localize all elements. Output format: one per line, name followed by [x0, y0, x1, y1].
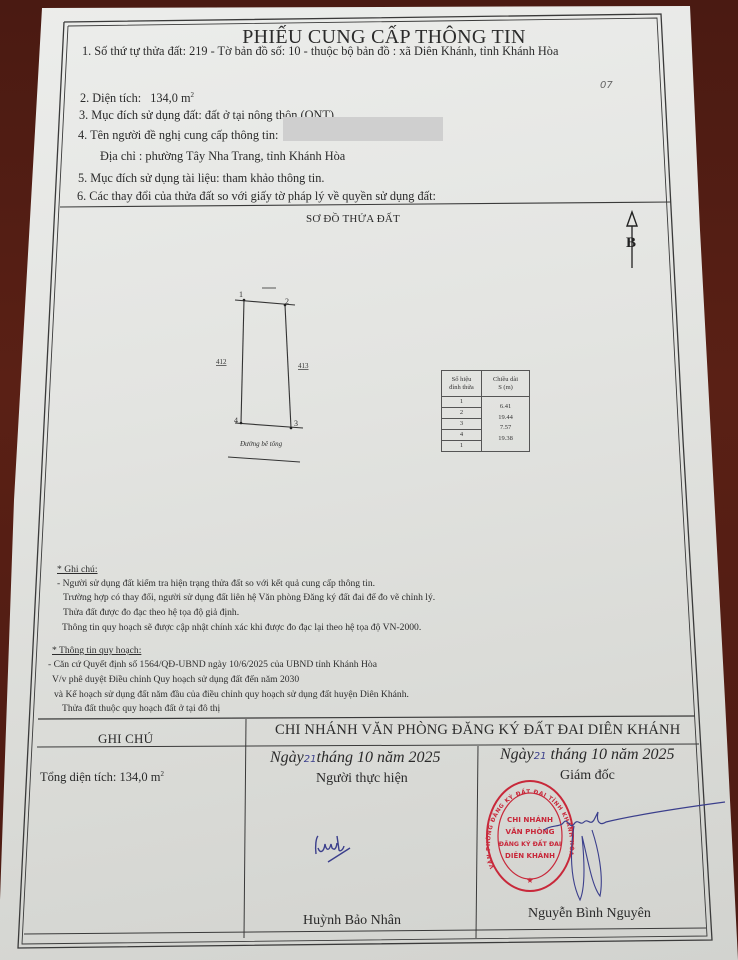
- vertex-3-label: 3: [294, 419, 298, 428]
- director-date: Ngày21 tháng 10 năm 2025: [500, 746, 675, 764]
- vertex-4-label: 4: [234, 416, 238, 425]
- neighbor-parcel-412: 412: [216, 358, 227, 366]
- table-vertex-cell: 3: [442, 419, 482, 430]
- table-vertex-cell: 1: [442, 441, 482, 452]
- performer-name: Huỳnh Bảo Nhân: [303, 913, 401, 929]
- performer-date-day-handwritten: 21: [304, 754, 317, 765]
- stamp-star-icon: ★: [526, 876, 533, 885]
- performer-date: Ngày21tháng 10 năm 2025: [270, 749, 441, 767]
- table-vertex-cell: 1: [442, 397, 482, 408]
- vertex-2-label: 2: [285, 297, 289, 306]
- length-values-cell: 6.41 19.44 7.57 19.38: [482, 397, 530, 452]
- notes-heading: * Ghi chú:: [57, 564, 98, 575]
- planning-line: V/v phê duyệt Điều chỉnh Quy hoạch sử dụ…: [52, 674, 299, 685]
- redacted-applicant-name: [283, 117, 443, 141]
- neighbor-parcel-413: 413: [298, 362, 309, 370]
- planning-heading: * Thông tin quy hoạch:: [52, 645, 141, 656]
- director-date-day-handwritten: 21: [534, 751, 547, 762]
- table-vertex-cell: 2: [442, 408, 482, 419]
- director-name: Nguyễn Bình Nguyên: [528, 906, 651, 922]
- director-signature: [540, 800, 730, 910]
- diagram-heading: SƠ ĐỒ THỬA ĐẤT: [306, 213, 400, 225]
- office-header: CHI NHÁNH VĂN PHÒNG ĐĂNG KÝ ĐẤT ĐAI DIÊN…: [275, 722, 680, 739]
- handwritten-corner-mark: 07: [600, 80, 613, 91]
- table-vertex-cell: 4: [442, 430, 482, 441]
- planning-line: và Kế hoạch sử dụng đất năm đầu của điều…: [54, 689, 409, 700]
- parcel-diagram: 1 2 3 4 412 413 Đường bê tông: [200, 280, 340, 470]
- length-col-header: Chiều dàiS (m): [482, 371, 530, 397]
- field-area: 2. Diện tích: 134,0 m2: [80, 91, 194, 106]
- notes-line: Thông tin quy hoạch sẽ được cập nhật chí…: [62, 622, 421, 633]
- vertex-length-table: Số hiệuđỉnh thửa Chiều dàiS (m) 1 6.41 1…: [441, 370, 530, 452]
- total-area-sup: 2: [160, 770, 164, 778]
- planning-line: Thửa đất thuộc quy hoạch đất ở tại đô th…: [62, 703, 220, 714]
- total-area: Tổng diện tích: 134,0 m2: [40, 770, 164, 785]
- field-parcel-number: 1. Số thứ tự thửa đất: 219 - Tờ bản đồ s…: [82, 44, 558, 59]
- field-applicant-name: 4. Tên người đề nghị cung cấp thông tin:: [78, 128, 278, 143]
- field-area-value: 134,0 m: [150, 91, 190, 105]
- north-label: B: [626, 235, 636, 251]
- field-document-purpose: 5. Mục đích sử dụng tài liệu: tham khảo …: [78, 171, 324, 186]
- field-changes: 6. Các thay đổi của thửa đất so với giấy…: [77, 189, 436, 204]
- notes-line: Trường hợp có thay đổi, người sử dụng đấ…: [63, 592, 435, 603]
- field-area-sup: 2: [191, 91, 195, 99]
- notes-line: Thửa đất được đo đạc theo hệ tọa độ giả …: [63, 607, 239, 618]
- field-area-label: 2. Diện tích:: [80, 91, 141, 105]
- performer-role: Người thực hiện: [316, 771, 408, 787]
- road-label: Đường bê tông: [239, 440, 283, 448]
- vertex-1-label: 1: [239, 290, 243, 299]
- planning-line: - Căn cứ Quyết định số 1564/QĐ-UBND ngày…: [48, 659, 377, 670]
- field-address: Địa chỉ : phường Tây Nha Trang, tỉnh Khá…: [100, 149, 345, 164]
- north-arrow-icon: B: [622, 210, 642, 270]
- notes-line: - Người sử dụng đất kiểm tra hiện trạng …: [57, 578, 375, 589]
- performer-signature: [310, 828, 370, 868]
- total-area-text: Tổng diện tích: 134,0 m: [40, 770, 160, 784]
- ghi-chu-header: GHI CHÚ: [98, 731, 153, 747]
- vertex-col-header: Số hiệuđỉnh thửa: [442, 371, 482, 397]
